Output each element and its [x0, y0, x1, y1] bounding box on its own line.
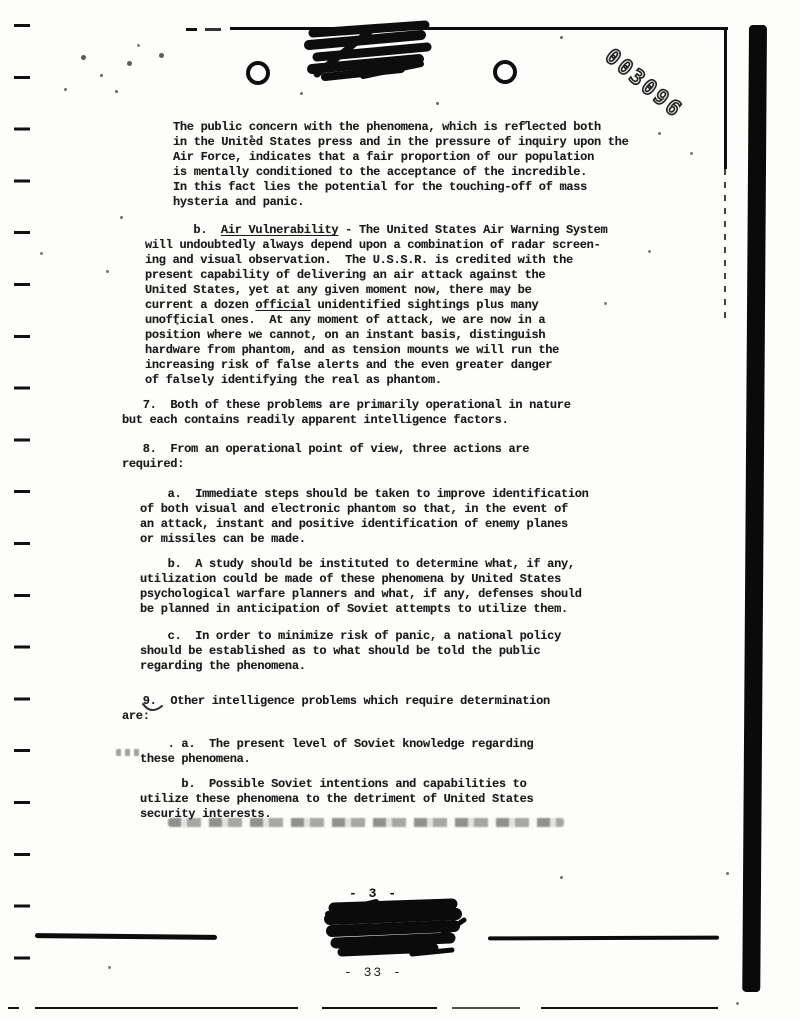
bottom-rule-segment	[35, 1007, 298, 1009]
paragraph-9: 9. Other intelligence problems which req…	[122, 694, 682, 724]
redaction-scribble-bottom	[324, 898, 470, 960]
item-9b: b. Possible Soviet intentions and capabi…	[140, 777, 685, 822]
bottom-rule-segment	[541, 1007, 718, 1009]
ghost-marks	[116, 749, 142, 756]
bottom-rule-segment	[322, 1007, 437, 1009]
marker-line-right	[488, 936, 719, 941]
toner-speckles	[0, 0, 3, 3]
paragraph-8: 8. From an operational point of view, th…	[122, 442, 682, 472]
page-number-original: - 3 -	[349, 886, 398, 901]
item-8c: c. In order to minimize risk of panic, a…	[140, 629, 685, 674]
stamp-number: 003096	[601, 44, 688, 123]
item-8a: a. Immediate steps should be taken to im…	[140, 487, 685, 547]
smudged-ghost-text-line	[168, 818, 564, 827]
page-number-sheet: - 33 -	[344, 965, 403, 980]
left-binding-ticks	[14, 24, 30, 962]
bottom-rule-segment	[452, 1007, 520, 1009]
marker-line-left	[35, 933, 217, 940]
scan-edge-bar	[742, 25, 767, 992]
bottom-rule-segment	[8, 1007, 19, 1009]
top-border-dash	[205, 28, 221, 31]
hole-punch-icon	[246, 61, 270, 85]
paragraph-air-vulnerability: b. Air Vulnerability - The United States…	[145, 223, 685, 388]
top-border-dash	[186, 28, 197, 31]
item-8b: b. A study should be instituted to deter…	[140, 557, 685, 617]
right-border-dashed-line	[724, 169, 726, 319]
paragraph-public-concern: The public concern with the phenomena, w…	[173, 120, 713, 210]
paragraph-7: 7. Both of these problems are primarily …	[122, 398, 682, 428]
redaction-scribble-top	[303, 20, 441, 84]
pen-squiggle	[142, 700, 164, 714]
hole-punch-icon	[493, 60, 517, 84]
scanned-document-page: 003096 The public concern with the pheno…	[0, 0, 800, 1018]
item-9a: . a. The present level of Soviet knowled…	[140, 737, 685, 767]
right-border-line	[724, 29, 727, 169]
